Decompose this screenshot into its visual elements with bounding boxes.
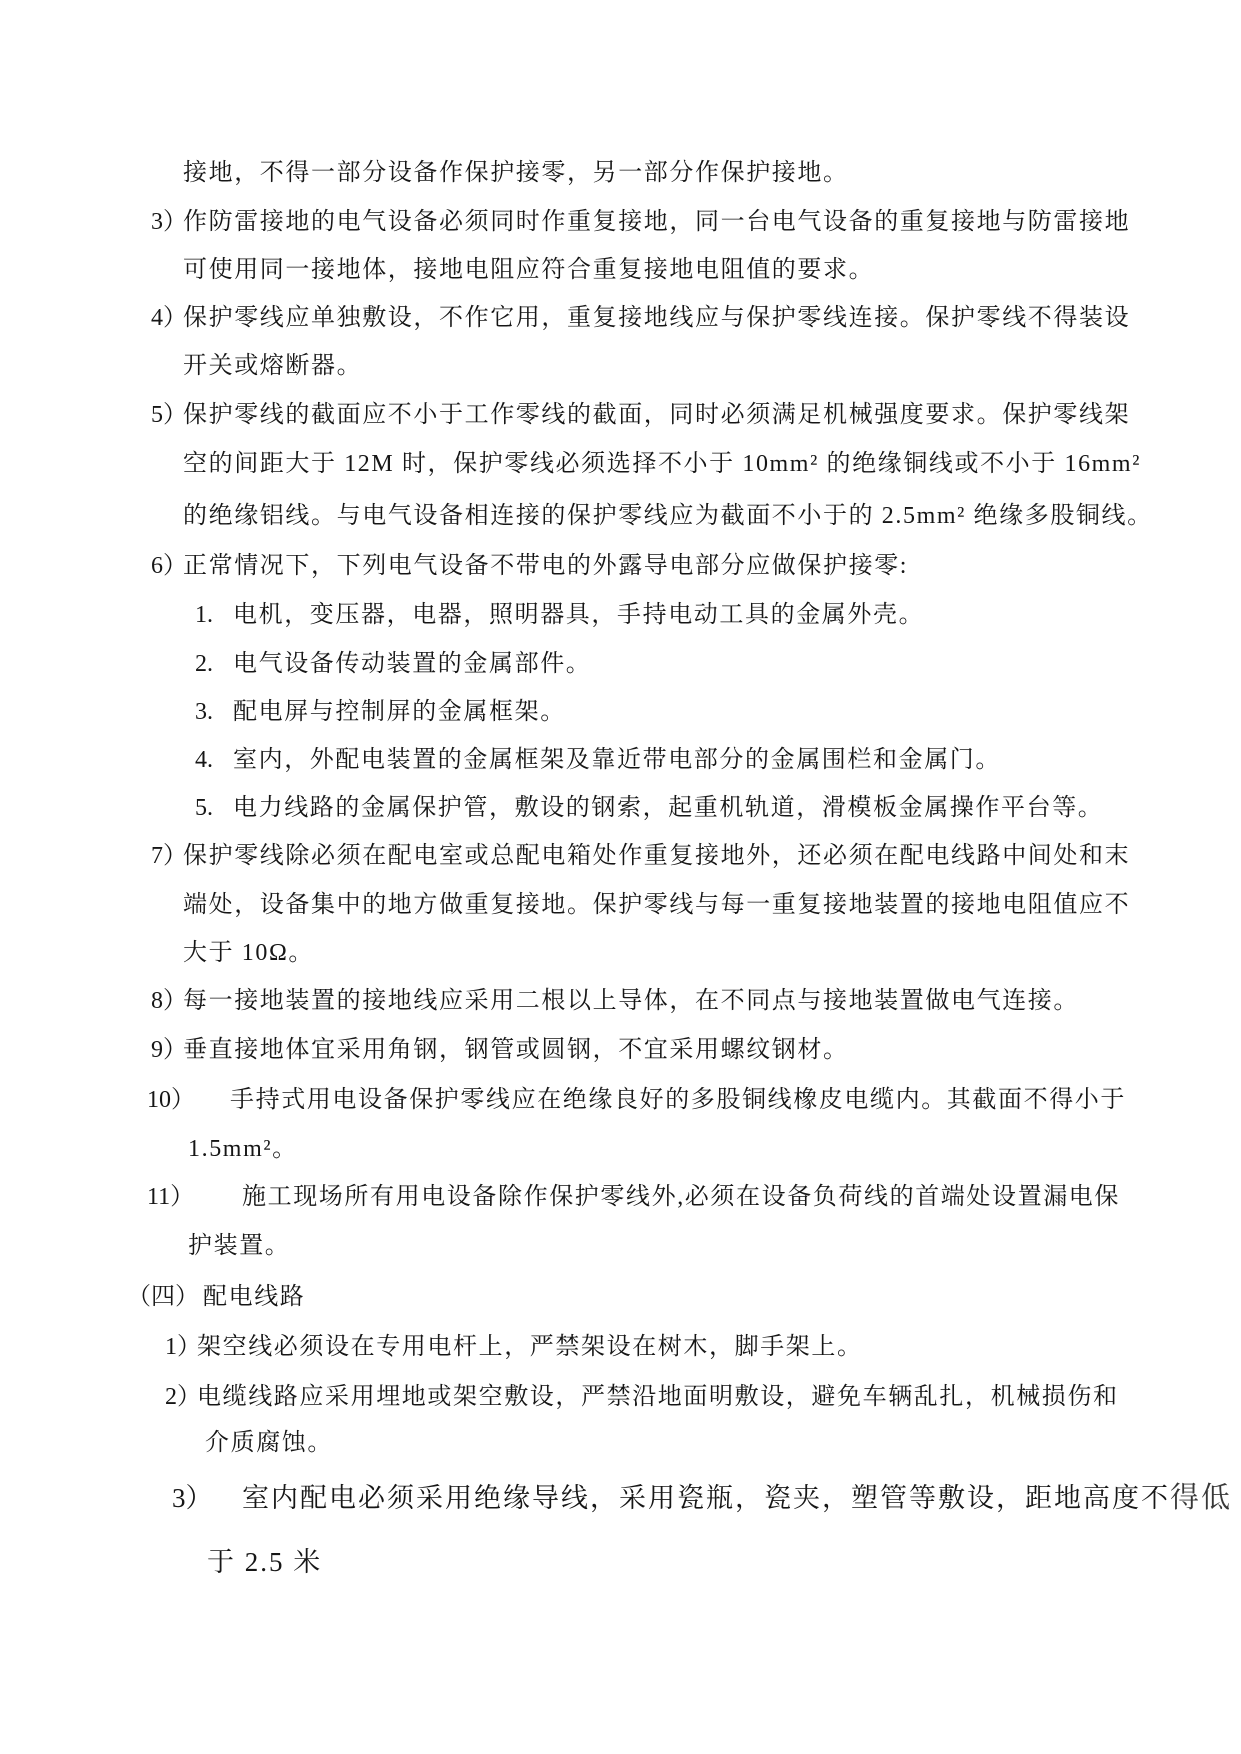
- text-line: 2）电缆线路应采用埋地或架空敷设，严禁沿地面明敷设，避免车辆乱扎，机械损伤和: [165, 1373, 1119, 1421]
- text-line: 护装置。: [188, 1222, 290, 1270]
- line-text: 作防雷接地的电气设备必须同时作重复接地，同一台电气设备的重复接地与防雷接地: [183, 209, 1130, 235]
- line-text: 电气设备传动装置的金属部件。: [233, 651, 591, 677]
- text-line: 8）每一接地装置的接地线应采用二根以上导体，在不同点与接地装置做电气连接。: [151, 977, 1079, 1025]
- text-line: 可使用同一接地体，接地电阻应符合重复接地电阻值的要求。: [183, 246, 874, 294]
- list-marker: 2）: [165, 1373, 197, 1421]
- text-line: 9）垂直接地体宜采用角钢，钢管或圆钢，不宜采用螺纹钢材。: [151, 1026, 849, 1074]
- text-line: 介质腐蚀。: [205, 1419, 333, 1467]
- list-marker: 11）: [147, 1173, 242, 1221]
- text-line: 11）施工现场所有用电设备除作保护零线外,必须在设备负荷线的首端处设置漏电保: [147, 1173, 1120, 1221]
- text-line: 接地，不得一部分设备作保护接零，另一部分作保护接地。: [183, 149, 849, 197]
- text-line: 3.配电屏与控制屏的金属框架。: [195, 688, 566, 736]
- line-text: 每一接地装置的接地线应采用二根以上导体，在不同点与接地装置做电气连接。: [183, 988, 1079, 1014]
- line-text: 可使用同一接地体，接地电阻应符合重复接地电阻值的要求。: [183, 257, 874, 283]
- text-line: 1.电机，变压器，电器，照明器具，手持电动工具的金属外壳。: [195, 591, 924, 639]
- list-marker: 4.: [195, 736, 233, 784]
- text-line: 10）手持式用电设备保护零线应在绝缘良好的多股铜线橡皮电缆内。其截面不得小于: [147, 1076, 1126, 1124]
- line-text: 配电屏与控制屏的金属框架。: [233, 699, 566, 725]
- list-marker: 3.: [195, 688, 233, 736]
- line-text: 空的间距大于 12M 时，保护零线必须选择不小于 10mm² 的绝缘铜线或不小于…: [183, 451, 1141, 477]
- line-text: 介质腐蚀。: [205, 1430, 333, 1456]
- line-text: 室内配电必须采用绝缘导线，采用瓷瓶，瓷夹，塑管等敷设，距地高度不: [242, 1483, 1170, 1513]
- text-line: 1.5mm²。: [188, 1125, 298, 1173]
- line-text: 1.5mm²。: [188, 1136, 298, 1162]
- line-text-alt: 得低: [1170, 1482, 1232, 1514]
- list-marker: 4）: [151, 294, 183, 342]
- list-marker: 10）: [147, 1076, 230, 1124]
- line-text: 电力线路的金属保护管，敷设的钢索，起重机轨道，滑模板金属操作平台等。: [233, 795, 1103, 821]
- line-text: 端处，设备集中的地方做重复接地。保护零线与每一重复接地装置的接地电阻值应不: [183, 892, 1130, 918]
- line-text: 配电线路: [203, 1284, 305, 1310]
- text-line: 2.电气设备传动装置的金属部件。: [195, 640, 591, 688]
- list-marker: 3）: [172, 1474, 242, 1522]
- list-marker: 5）: [151, 391, 183, 439]
- line-text: 保护零线应单独敷设，不作它用，重复接地线应与保护零线连接。保护零线不得装设: [183, 305, 1130, 331]
- line-text: 室内，外配电装置的金属框架及靠近带电部分的金属围栏和金属门。: [233, 747, 1001, 773]
- line-text: 于 2.5 米: [207, 1547, 322, 1577]
- text-line: 端处，设备集中的地方做重复接地。保护零线与每一重复接地装置的接地电阻值应不: [183, 881, 1130, 929]
- line-text: 大于 10Ω。: [183, 940, 314, 966]
- list-marker: 3）: [151, 198, 183, 246]
- list-marker: 6）: [151, 542, 183, 590]
- document-page: 接地，不得一部分设备作保护接零，另一部分作保护接地。3）作防雷接地的电气设备必须…: [0, 0, 1241, 1754]
- text-line: 大于 10Ω。: [183, 929, 314, 977]
- list-marker: 2.: [195, 640, 233, 688]
- line-text: 正常情况下，下列电气设备不带电的外露导电部分应做保护接零:: [183, 553, 908, 579]
- text-line: 7）保护零线除必须在配电室或总配电箱处作重复接地外，还必须在配电线路中间处和末: [151, 832, 1130, 880]
- text-line: 于 2.5 米: [207, 1538, 322, 1586]
- list-marker: 1）: [165, 1323, 197, 1371]
- list-marker: 7）: [151, 832, 183, 880]
- list-marker: 8）: [151, 977, 183, 1025]
- line-text: 的绝缘铝线。与电气设备相连接的保护零线应为截面不小于的 2.5mm² 绝缘多股铜…: [183, 503, 1153, 529]
- line-text: 保护零线除必须在配电室或总配电箱处作重复接地外，还必须在配电线路中间处和末: [183, 843, 1130, 869]
- list-marker: （四）: [127, 1273, 203, 1321]
- line-text: 垂直接地体宜采用角钢，钢管或圆钢，不宜采用螺纹钢材。: [183, 1037, 849, 1063]
- line-text: 接地，不得一部分设备作保护接零，另一部分作保护接地。: [183, 160, 849, 186]
- list-marker: 5.: [195, 784, 233, 832]
- line-text: 保护零线的截面应不小于工作零线的截面，同时必须满足机械强度要求。保护零线架: [183, 402, 1130, 428]
- line-text: 架空线必须设在专用电杆上，严禁架设在树木，脚手架上。: [197, 1334, 863, 1360]
- text-line: 5）保护零线的截面应不小于工作零线的截面，同时必须满足机械强度要求。保护零线架: [151, 391, 1130, 439]
- text-line: 6）正常情况下，下列电气设备不带电的外露导电部分应做保护接零:: [151, 542, 908, 590]
- text-line: 3）作防雷接地的电气设备必须同时作重复接地，同一台电气设备的重复接地与防雷接地: [151, 198, 1130, 246]
- line-text: 电机，变压器，电器，照明器具，手持电动工具的金属外壳。: [233, 602, 924, 628]
- list-marker: 1.: [195, 591, 233, 639]
- text-line: 1）架空线必须设在专用电杆上，严禁架设在树木，脚手架上。: [165, 1323, 863, 1371]
- text-line: 4.室内，外配电装置的金属框架及靠近带电部分的金属围栏和金属门。: [195, 736, 1001, 784]
- text-line: 开关或熔断器。: [183, 342, 362, 390]
- text-line: （四）配电线路: [127, 1273, 305, 1321]
- list-marker: 9）: [151, 1026, 183, 1074]
- text-line: 空的间距大于 12M 时，保护零线必须选择不小于 10mm² 的绝缘铜线或不小于…: [183, 440, 1141, 488]
- line-text: 施工现场所有用电设备除作保护零线外,必须在设备负荷线的首端处设置漏电保: [242, 1184, 1120, 1210]
- text-line: 的绝缘铝线。与电气设备相连接的保护零线应为截面不小于的 2.5mm² 绝缘多股铜…: [183, 492, 1153, 540]
- line-text: 电缆线路应采用埋地或架空敷设，严禁沿地面明敷设，避免车辆乱扎，机械损伤和: [197, 1384, 1119, 1410]
- line-text: 护装置。: [188, 1233, 290, 1259]
- text-line: 5.电力线路的金属保护管，敷设的钢索，起重机轨道，滑模板金属操作平台等。: [195, 784, 1103, 832]
- line-text: 手持式用电设备保护零线应在绝缘良好的多股铜线橡皮电缆内。其截面不得小于: [230, 1087, 1126, 1113]
- text-line: 4）保护零线应单独敷设，不作它用，重复接地线应与保护零线连接。保护零线不得装设: [151, 294, 1130, 342]
- text-line: 3）室内配电必须采用绝缘导线，采用瓷瓶，瓷夹，塑管等敷设，距地高度不得低: [172, 1474, 1232, 1522]
- line-text: 开关或熔断器。: [183, 353, 362, 379]
